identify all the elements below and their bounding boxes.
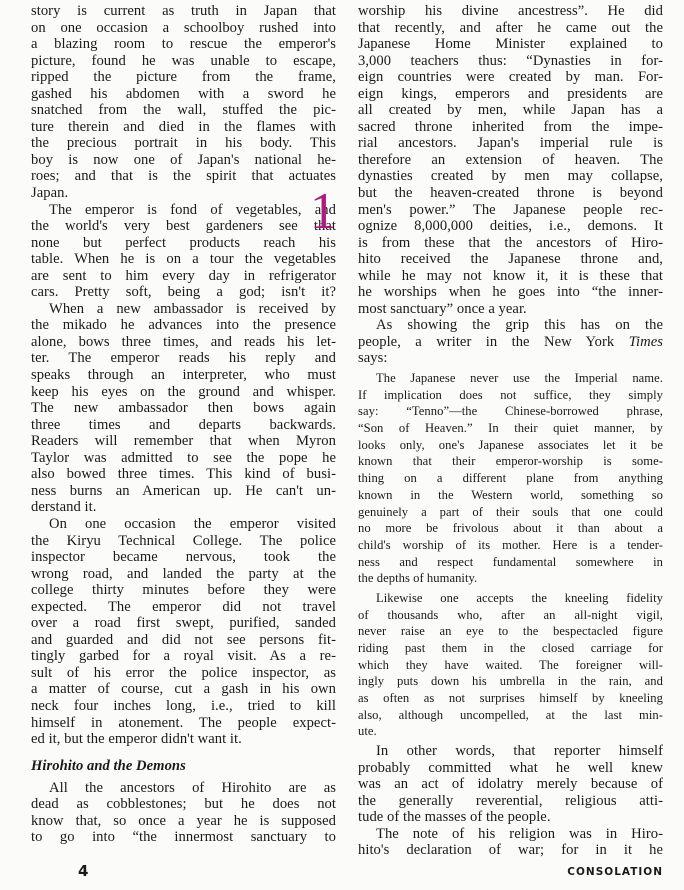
- text-line: dynasties created by men may collapse,: [358, 168, 663, 185]
- text-line: As showing the grip this has on the: [358, 317, 663, 334]
- text-line: boy is now one of Japan's national he-: [31, 152, 336, 169]
- text-line: the mikado he advances into the presence: [31, 317, 336, 334]
- text-line: a blazing room to rescue the emperor's: [31, 36, 336, 53]
- text-line: story is current as truth in Japan that: [31, 3, 336, 20]
- quote-line: “Son of Heaven.” In their quiet manner, …: [358, 420, 663, 437]
- text-line: a matter of course, cut a gash in his ow…: [31, 681, 336, 698]
- text-line: dead as cobblestones; but he does not: [31, 796, 336, 813]
- quote-line: child's worship of its mother. Here is a…: [358, 537, 663, 554]
- text-fragment: people, a writer in the New York: [358, 334, 629, 350]
- quote-line: ingly puts down his umbrella in the rain…: [358, 673, 663, 690]
- text-line: on one occasion a schoolboy rushed into: [31, 20, 336, 37]
- text-line: neck four inches long, i.e., tried to ki…: [31, 698, 336, 715]
- running-title: CONSOLATION: [567, 866, 663, 878]
- text-line: ter. The emperor reads his reply and: [31, 350, 336, 367]
- text-line: himself in atonement. The people expect-: [31, 715, 336, 732]
- text-line: three times and departs backwards.: [31, 417, 336, 434]
- quote-line: as often as not surprises himself by kne…: [358, 690, 663, 707]
- magazine-page: story is current as truth in Japan that …: [0, 0, 684, 890]
- text-line: sult of his error the police inspector, …: [31, 665, 336, 682]
- publication-name: Times: [629, 334, 663, 350]
- text-line: is from these that the ancestors of Hiro…: [358, 235, 663, 252]
- text-line: worship his divine ancestress”. He did: [358, 3, 663, 20]
- text-line: picture, found he was unable to escape,: [31, 53, 336, 70]
- left-column: story is current as truth in Japan that …: [31, 3, 336, 846]
- text-line: table. When he is on a tour the vegetabl…: [31, 251, 336, 268]
- text-line: are sent to him every day in refrigerato…: [31, 268, 336, 285]
- quote-line: no more be frivolous about it than about…: [358, 520, 663, 537]
- text-line: derstand it.: [31, 499, 336, 516]
- text-line: the generally reverential, religious att…: [358, 793, 663, 810]
- text-line: When a new ambassador is received by: [31, 301, 336, 318]
- text-line: snatched from the wall, stuffed the pic-: [31, 102, 336, 119]
- text-line: the Kiryu Technical College. The police: [31, 533, 336, 550]
- quote-line: known that their emperor-worship is some…: [358, 453, 663, 470]
- text-line: eign kings, emperors and presidents are: [358, 86, 663, 103]
- text-line: men's power.” The Japanese people rec-: [358, 202, 663, 219]
- text-line: gashed his abdomen with a sword he: [31, 86, 336, 103]
- text-line: most sanctuary” once a year.: [358, 301, 663, 318]
- text-line: all created by men, while Japan has a: [358, 102, 663, 119]
- text-line: also bowed three times. This kind of bus…: [31, 466, 336, 483]
- text-line: ripped the picture from the frame,: [31, 69, 336, 86]
- text-line: expected. The emperor did not travel: [31, 599, 336, 616]
- text-line: wrong road, and landed the party at the: [31, 566, 336, 583]
- text-line: Readers will remember that when Myron: [31, 433, 336, 450]
- quote-line: Likewise one accepts the kneeling fideli…: [358, 590, 663, 607]
- quote-line: known in the Western world, something so: [358, 487, 663, 504]
- text-line: tude of the masses of the people.: [358, 809, 663, 826]
- text-line: hito received the Japanese throne and,: [358, 251, 663, 268]
- quote-line: never raise an eye to the bespectacled f…: [358, 623, 663, 640]
- text-line: was an act of idolatry merely because of: [358, 776, 663, 793]
- text-line: rial ancestors. Japan's imperial rule is: [358, 135, 663, 152]
- quote-line: also, although uncompelled, at the last …: [358, 707, 663, 724]
- quote-line: riding past them in the closed carriage …: [358, 640, 663, 657]
- text-line: On one occasion the emperor visited: [31, 516, 336, 533]
- text-line: hito's declaration of war; for in it he: [358, 842, 663, 859]
- text-line-times: people, a writer in the New York Times: [358, 334, 663, 351]
- section-heading: Hirohito and the Demons: [31, 758, 336, 776]
- text-line: therefore an extension of heaven. The: [358, 152, 663, 169]
- quote-line: ness and respect fundamental somewhere i…: [358, 554, 663, 571]
- quote-line: If implication does not suffice, they si…: [358, 387, 663, 404]
- right-column: worship his divine ancestress”. He did t…: [358, 3, 663, 859]
- quote-line: say: “Tenno”—the Chinese-borrowed phrase…: [358, 403, 663, 420]
- text-line: and guarded and did not see persons fit-: [31, 632, 336, 649]
- quote-line: The Japanese never use the Imperial name…: [358, 370, 663, 387]
- text-line: cars. Pretty soft, being a god; isn't it…: [31, 284, 336, 301]
- text-line: over a road first swept, purified, sande…: [31, 615, 336, 632]
- text-line: All the ancestors of Hirohito are as: [31, 780, 336, 797]
- text-line: that recently, and after he came out the: [358, 20, 663, 37]
- text-line: The note of his religion was in Hiro-: [358, 826, 663, 843]
- text-line: Japan.: [31, 185, 336, 202]
- quote-line: of thousands who, after an all-night vig…: [358, 607, 663, 624]
- quote-line: looks only, one's Japanese associates le…: [358, 437, 663, 454]
- text-line: Taylor was admitted to see the pope he: [31, 450, 336, 467]
- quote-line: genuinely a part of their souls that one…: [358, 504, 663, 521]
- quote-line: ute.: [358, 723, 663, 740]
- page-number: 4: [78, 862, 88, 880]
- text-line: The new ambassador then bows again: [31, 400, 336, 417]
- text-line: ognize 8,000,000 deities, i.e., demons. …: [358, 218, 663, 235]
- text-line: 3,000 teachers thus: “Dynasties in for-: [358, 53, 663, 70]
- text-line: he worships when he goes into “the inner…: [358, 284, 663, 301]
- text-line: inspector became nervous, took the: [31, 549, 336, 566]
- quote-line: which they have waited. The foreigner wi…: [358, 657, 663, 674]
- text-line: The emperor is fond of vegetables, and: [31, 202, 336, 219]
- text-line: In other words, that reporter himself: [358, 743, 663, 760]
- text-line: but the heaven-created throne is beyond: [358, 185, 663, 202]
- annotation-marker: 1: [310, 186, 336, 238]
- text-line: roes; and that is the spirit that actuat…: [31, 168, 336, 185]
- text-line: to go into “the innermost sanctuary to: [31, 829, 336, 846]
- text-line: none but perfect products reach his: [31, 235, 336, 252]
- text-line: says:: [358, 350, 663, 367]
- text-line: keep his eyes on the ground and whisper.: [31, 384, 336, 401]
- text-line: ed it, but the emperor didn't want it.: [31, 731, 336, 748]
- text-line: the precious portrait in his body. This: [31, 135, 336, 152]
- text-line: ture therein and died in the flames with: [31, 119, 336, 136]
- text-line: Japanese Home Minister explained to: [358, 36, 663, 53]
- quote-line: thing on a different plane from anything: [358, 470, 663, 487]
- text-line: alone, bows three times, and reads his l…: [31, 334, 336, 351]
- text-line: eign countries were created by man. For-: [358, 69, 663, 86]
- text-line: college thirty minutes before they were: [31, 582, 336, 599]
- quote-line: the depths of humanity.: [358, 570, 663, 587]
- text-line: the world's very best gardeners see that: [31, 218, 336, 235]
- text-line: probably committed what he well knew: [358, 760, 663, 777]
- text-line: speaks through an interpreter, who must: [31, 367, 336, 384]
- text-line: know that, so once a year he is supposed: [31, 813, 336, 830]
- text-line: sacred throne inherited from the impe-: [358, 119, 663, 136]
- block-quote: The Japanese never use the Imperial name…: [358, 367, 663, 743]
- text-line: while he may not know it, it is these th…: [358, 268, 663, 285]
- text-line: tingly garbed for a royal visit. As a re…: [31, 648, 336, 665]
- text-line: ness burns an American up. He can't un-: [31, 483, 336, 500]
